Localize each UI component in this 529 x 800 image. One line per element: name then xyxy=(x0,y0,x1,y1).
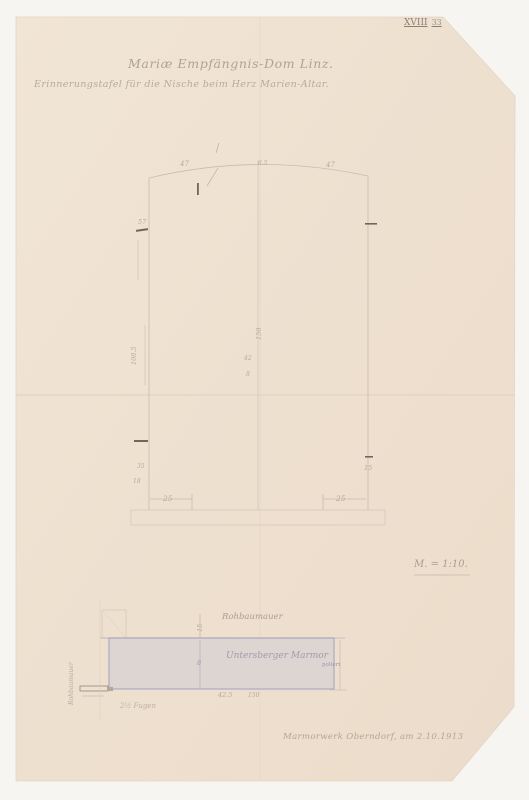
dim-center-height: 150 xyxy=(255,328,263,340)
document-subtitle: Erinnerungstafel für die Nische beim Her… xyxy=(34,79,329,90)
label-rohbaumauer: Rohbaumauer xyxy=(222,612,283,622)
label-marble: Untersberger Marmor xyxy=(226,651,328,661)
scale-note: M. = 1:10. xyxy=(414,559,468,570)
dim-center-a: 42 xyxy=(244,355,252,362)
dim-center-b: 8 xyxy=(246,371,250,378)
dim-left-middle: 108.5 xyxy=(130,346,138,365)
dim-left-base: 18 xyxy=(133,478,141,485)
dim-arch-right: 47 xyxy=(326,161,335,169)
dim-left-lower: 35 xyxy=(137,463,145,470)
dim-bottom-left: 25 xyxy=(163,494,173,503)
document-title: Mariæ Empfängnis-Dom Linz. xyxy=(128,56,334,71)
label-polished: poliert xyxy=(322,662,340,668)
catalog-mark: XVIII33 xyxy=(404,18,442,28)
signature-line: Marmorwerk Oberndorf, am 2.10.1913 xyxy=(283,732,463,742)
label-left-vertical: Rohbaumauer xyxy=(68,662,75,705)
document-sheet xyxy=(0,0,529,800)
dim-right: 15 xyxy=(364,464,372,472)
dim-arch-left: 47 xyxy=(180,160,189,168)
dim-arch-center: 6.5 xyxy=(258,160,268,167)
foot-note: 2½ Fugen xyxy=(120,702,156,710)
marble-panel xyxy=(109,638,334,689)
dim-section-top: 15 xyxy=(196,624,204,632)
dim-bottom-right: 25 xyxy=(336,494,346,503)
catalog-number: 33 xyxy=(432,18,442,27)
dim-section-width-b: 150 xyxy=(248,692,259,699)
dim-section-width-a: 42.5 xyxy=(218,691,232,699)
dim-section-height: 8 xyxy=(197,659,201,667)
dim-left-upper: 57 xyxy=(138,218,146,226)
catalog-roman: XVIII xyxy=(404,18,428,28)
